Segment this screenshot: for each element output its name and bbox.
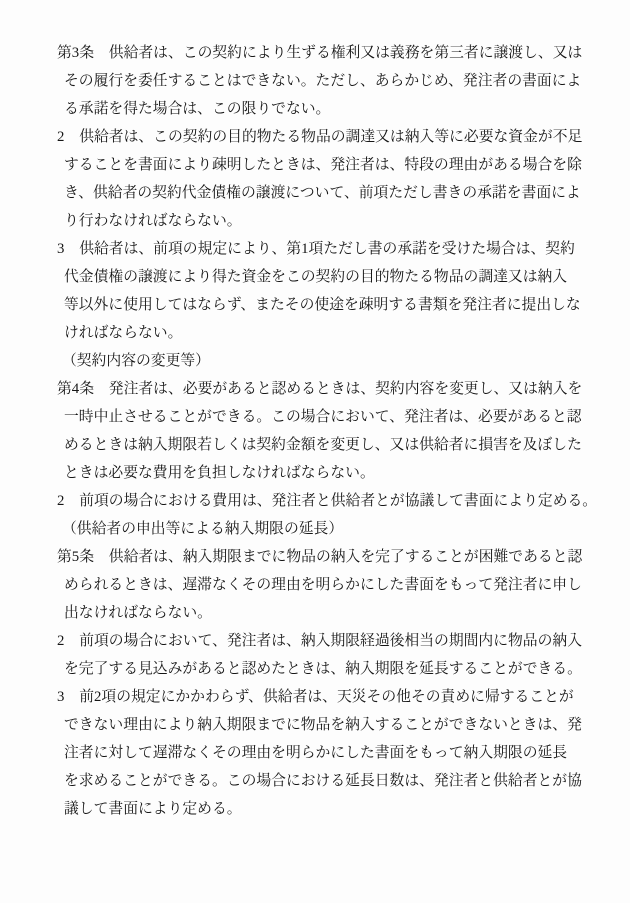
document-line: 議して書面により定める。 [57,795,597,823]
document-line: を求めることができる。この場合における延長日数は、発注者と供給者とが協 [57,767,597,795]
article-start-line: 第3条 供給者は、この契約により生ずる権利又は義務を第三者に譲渡し、又は [57,39,597,67]
document-line: ときは必要な費用を負担しなければならない。 [57,459,597,487]
document-line: を完了する見込みがあると認めたときは、納入期限を延長することができる。 [57,655,597,683]
document-line: することを書面により疎明したときは、発注者は、特段の理由がある場合を除 [57,151,597,179]
section-heading: （契約内容の変更等） [57,347,597,375]
section-heading: （供給者の申出等による納入期限の延長） [57,515,597,543]
document-line: る承諾を得た場合は、この限りでない。 [57,95,597,123]
document-body: 第3条 供給者は、この契約により生ずる権利又は義務を第三者に譲渡し、又はその履行… [57,39,597,823]
document-line: 等以外に使用してはならず、またその使途を疎明する書類を発注者に提出しな [57,291,597,319]
document-line: めるときは納入期限若しくは契約金額を変更し、又は供給者に損害を及ぼした [57,431,597,459]
document-line: き、供給者の契約代金債権の譲渡について、前項ただし書きの承諾を書面によ [57,179,597,207]
document-line: できない理由により納入期限までに物品を納入することができないときは、発 [57,711,597,739]
document-line: ければならない。 [57,319,597,347]
document-line: その履行を委任することはできない。ただし、あらかじめ、発注者の書面によ [57,67,597,95]
paragraph-start-line: 3 供給者は、前項の規定により、第1項ただし書の承諾を受けた場合は、契約 [57,235,597,263]
document-line: 注者に対して遅滞なくその理由を明らかにした書面をもって納入期限の延長 [57,739,597,767]
paragraph-start-line: 3 前2項の規定にかかわらず、供給者は、天災その他その責めに帰することが [57,683,597,711]
document-line: り行わなければならない。 [57,207,597,235]
article-start-line: 第5条 供給者は、納入期限までに物品の納入を完了することが困難であると認 [57,543,597,571]
document-line: 一時中止させることができる。この場合において、発注者は、必要があると認 [57,403,597,431]
article-start-line: 第4条 発注者は、必要があると認めるときは、契約内容を変更し、又は納入を [57,375,597,403]
paragraph-start-line: 2 前項の場合において、発注者は、納入期限経過後相当の期間内に物品の納入 [57,627,597,655]
contract-page: 第3条 供給者は、この契約により生ずる権利又は義務を第三者に譲渡し、又はその履行… [0,0,630,903]
document-line: められるときは、遅滞なくその理由を明らかにした書面をもって発注者に申し [57,571,597,599]
paragraph-start-line: 2 供給者は、この契約の目的物たる物品の調達又は納入等に必要な資金が不足 [57,123,597,151]
document-line: 代金債権の譲渡により得た資金をこの契約の目的物たる物品の調達又は納入 [57,263,597,291]
paragraph-start-line: 2 前項の場合における費用は、発注者と供給者とが協議して書面により定める。 [57,487,597,515]
document-line: 出なければならない。 [57,599,597,627]
